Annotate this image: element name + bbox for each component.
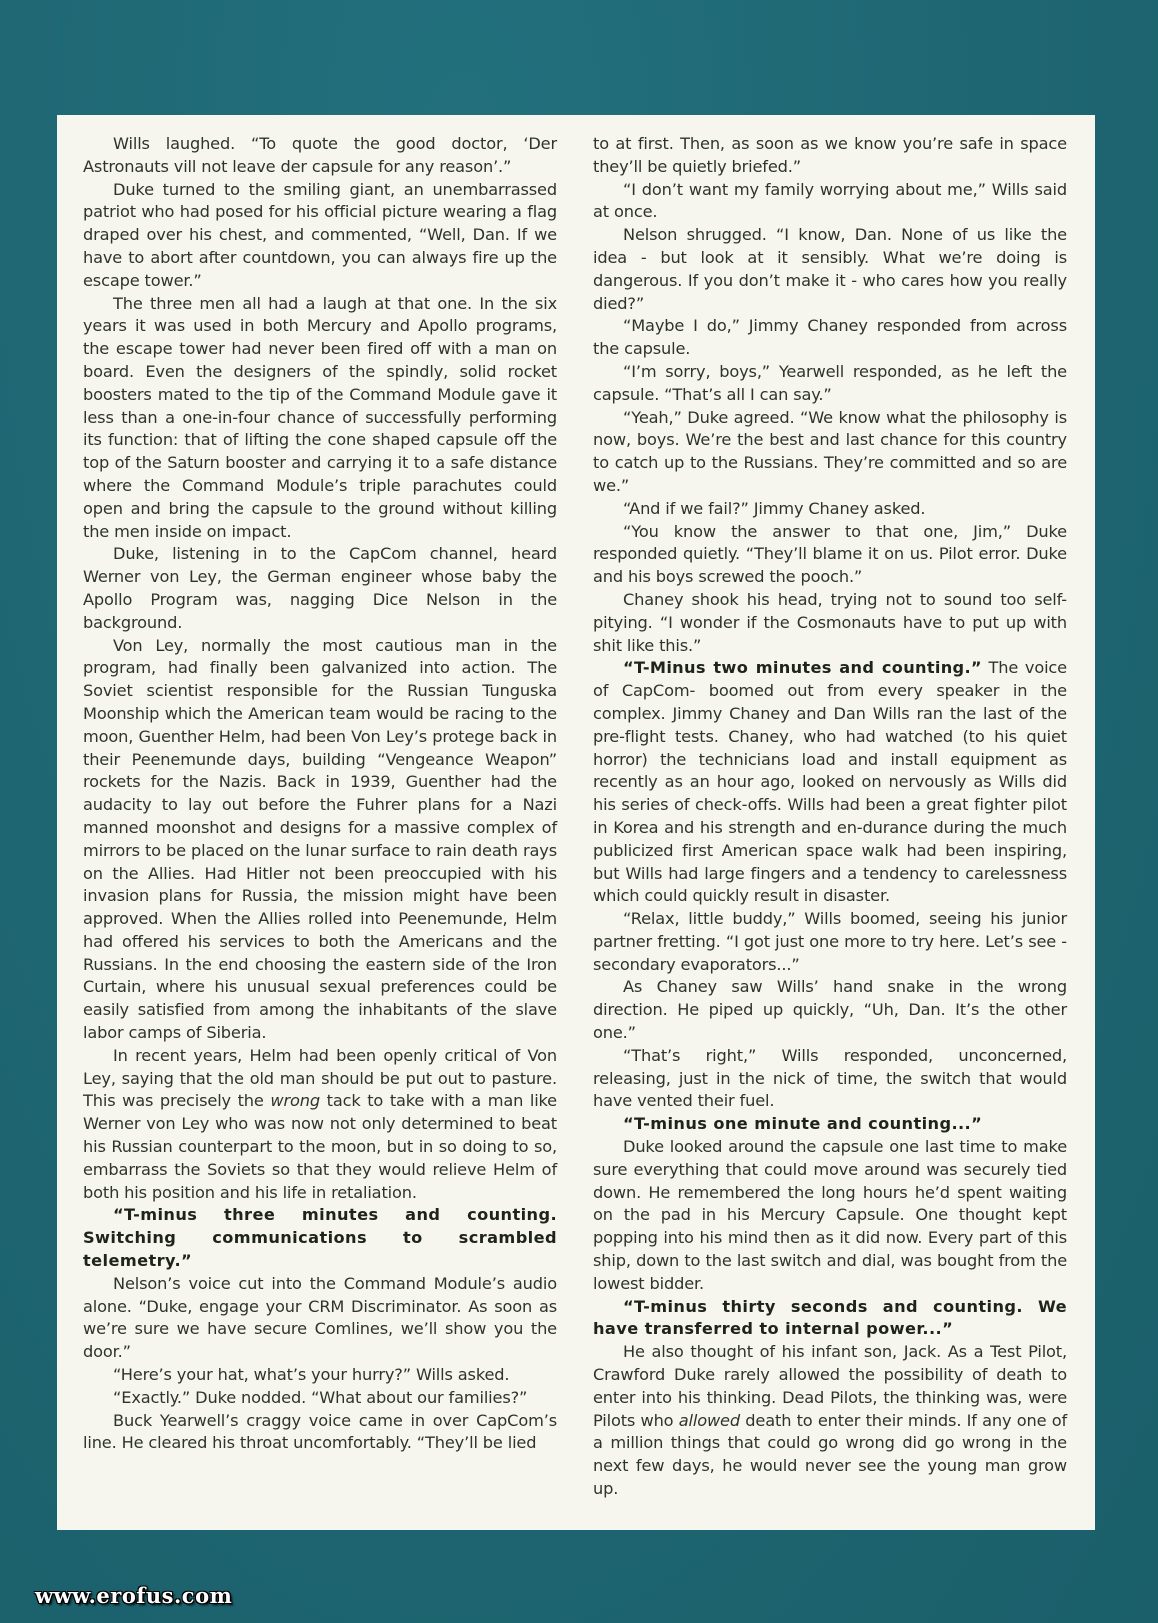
paragraph: Duke looked around the capsule one last … bbox=[593, 1136, 1067, 1296]
left-column: Wills laughed. “To quote the good doctor… bbox=[83, 133, 557, 1510]
paragraph: The three men all had a laugh at that on… bbox=[83, 293, 557, 544]
paragraph: “Here’s your hat, what’s your hurry?” Wi… bbox=[83, 1364, 557, 1387]
paragraph: “That’s right,” Wills responded, unconce… bbox=[593, 1045, 1067, 1113]
countdown-heading-thirty-seconds: “T-minus thirty seconds and counting. We… bbox=[593, 1296, 1067, 1342]
italic-emphasis: allowed bbox=[679, 1411, 740, 1430]
text-run: The voice of CapCom- boomed out from eve… bbox=[593, 658, 1067, 905]
paragraph: “T-Minus two minutes and counting.” The … bbox=[593, 657, 1067, 908]
paragraph: Duke, listening in to the CapCom channel… bbox=[83, 543, 557, 634]
paragraph: “And if we fail?” Jimmy Chaney asked. bbox=[593, 498, 1067, 521]
paragraph: “Yeah,” Duke agreed. “We know what the p… bbox=[593, 407, 1067, 498]
right-column: to at first. Then, as soon as we know yo… bbox=[593, 133, 1067, 1510]
paragraph: “Exactly.” Duke nodded. “What about our … bbox=[83, 1387, 557, 1410]
countdown-heading-three-minutes: “T-minus three minutes and counting. Swi… bbox=[83, 1204, 557, 1272]
paragraph: Duke turned to the smiling giant, an une… bbox=[83, 179, 557, 293]
paragraph: “Relax, little buddy,” Wills boomed, see… bbox=[593, 908, 1067, 976]
paragraph: Buck Yearwell’s craggy voice came in ove… bbox=[83, 1410, 557, 1456]
paragraph: “I’m sorry, boys,” Yearwell responded, a… bbox=[593, 361, 1067, 407]
paragraph: Chaney shook his head, trying not to sou… bbox=[593, 589, 1067, 657]
paragraph: Nelson shrugged. “I know, Dan. None of u… bbox=[593, 224, 1067, 315]
two-column-layout: Wills laughed. “To quote the good doctor… bbox=[83, 133, 1067, 1510]
watermark-text: www.erofus.com bbox=[35, 1583, 232, 1608]
paragraph: Wills laughed. “To quote the good doctor… bbox=[83, 133, 557, 179]
paragraph: “You know the answer to that one, Jim,” … bbox=[593, 521, 1067, 589]
paragraph: Von Ley, normally the most cautious man … bbox=[83, 635, 557, 1045]
book-page: Wills laughed. “To quote the good doctor… bbox=[57, 115, 1095, 1530]
countdown-heading-two-minutes: “T-Minus two minutes and counting.” bbox=[623, 658, 982, 677]
paragraph: “I don’t want my family worrying about m… bbox=[593, 179, 1067, 225]
countdown-heading-one-minute: “T-minus one minute and counting...” bbox=[593, 1113, 1067, 1136]
paragraph: Nelson’s voice cut into the Command Modu… bbox=[83, 1273, 557, 1364]
italic-emphasis: wrong bbox=[270, 1091, 320, 1110]
paragraph: “Maybe I do,” Jimmy Chaney responded fro… bbox=[593, 315, 1067, 361]
paragraph: He also thought of his infant son, Jack.… bbox=[593, 1341, 1067, 1501]
paragraph: In recent years, Helm had been openly cr… bbox=[83, 1045, 557, 1205]
paragraph-continued: to at first. Then, as soon as we know yo… bbox=[593, 133, 1067, 179]
paragraph: As Chaney saw Wills’ hand snake in the w… bbox=[593, 976, 1067, 1044]
